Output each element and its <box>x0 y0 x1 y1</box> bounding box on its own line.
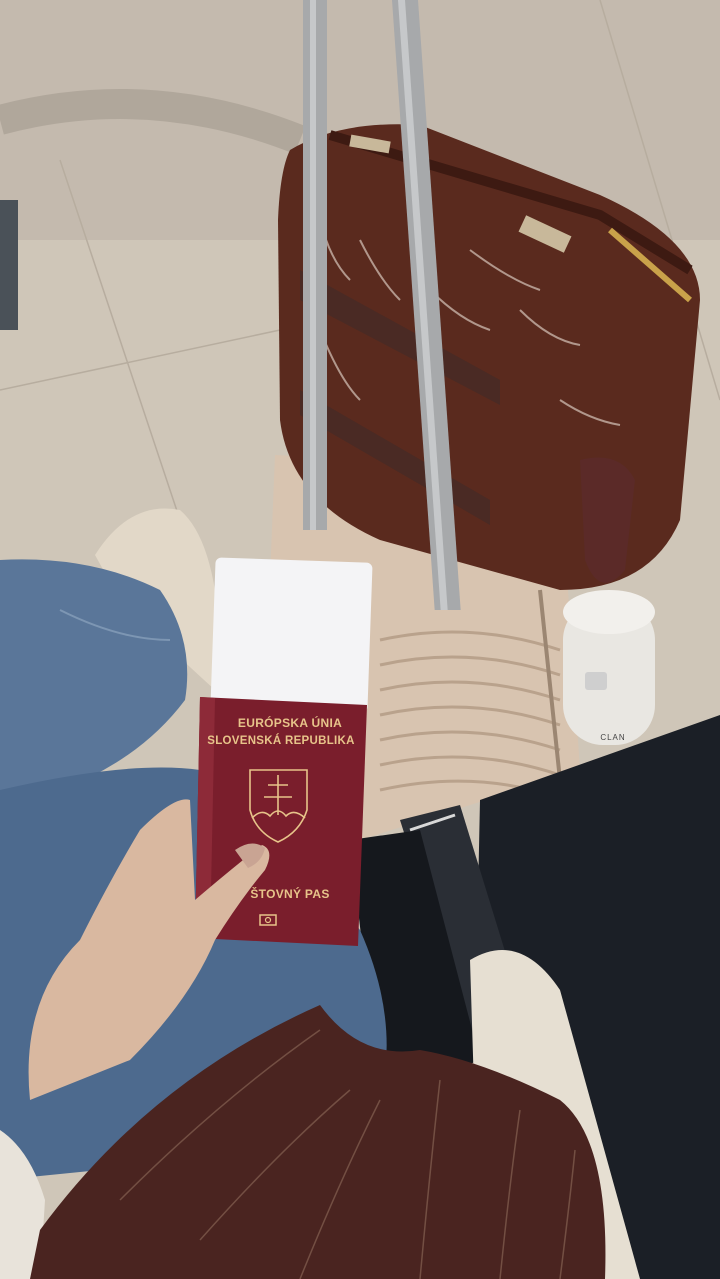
passport-line-eu: EURÓPSKA ÚNIA <box>220 716 360 730</box>
passport-line-country: SLOVENSKÁ REPUBLIKA <box>206 735 356 747</box>
passport-line-type: ŠTOVNÝ PAS <box>250 887 330 901</box>
boarding-pass <box>210 557 372 712</box>
bottle-brand-label: CLAN <box>588 733 638 742</box>
white-bottle <box>563 590 655 745</box>
bench-leg <box>0 200 18 330</box>
photo-scene: EURÓPSKA ÚNIA SLOVENSKÁ REPUBLIKA ŠTOVNÝ… <box>0 0 720 1279</box>
scene-illustration <box>0 0 720 1279</box>
